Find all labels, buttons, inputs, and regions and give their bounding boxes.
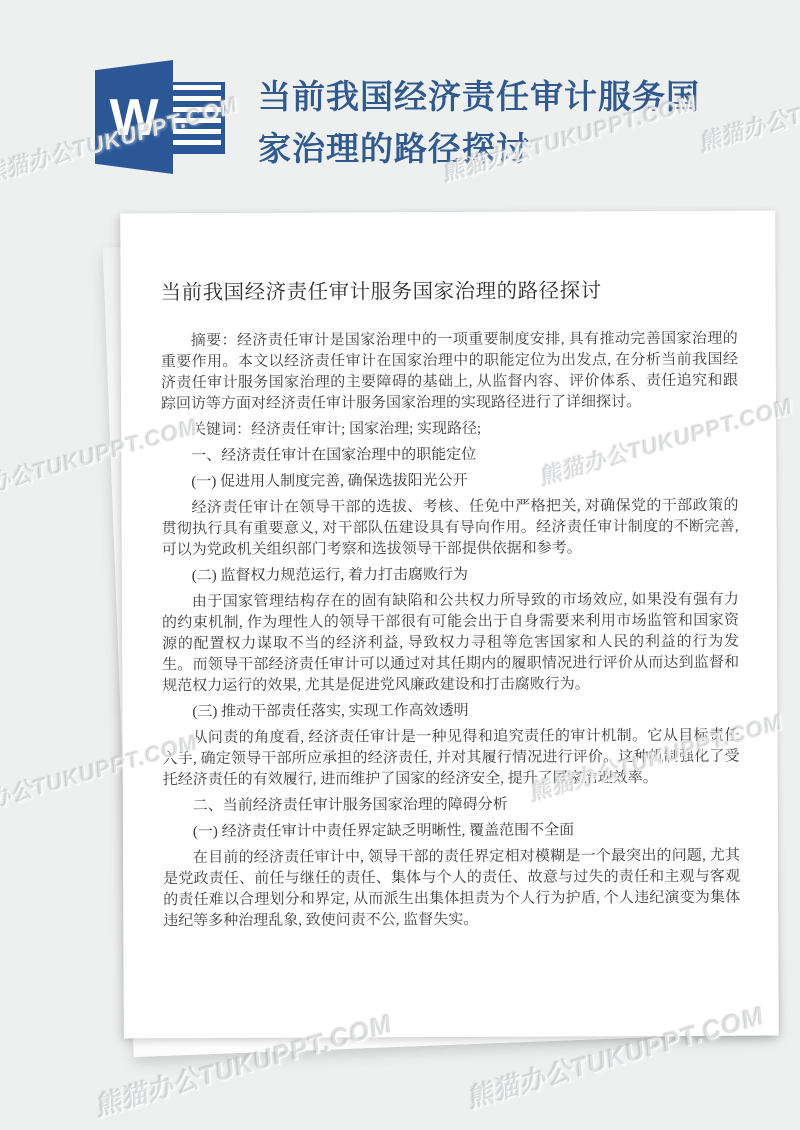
doc-heading-2-1: (一) 经济责任审计中责任界定缺乏明晰性, 覆盖范围不全面: [163, 820, 740, 844]
word-icon-letter: W: [109, 92, 158, 144]
doc-paragraph: 从问责的角度看, 经济责任审计是一种见得和追究责任的审计机制。它从目标责任入手,…: [162, 726, 739, 792]
doc-paragraph: 在目前的经济责任审计中, 领导干部的责任界定相对模糊是一个最突出的问题, 尤其是…: [163, 846, 740, 933]
document-preview-screen: { "header": { "title": "当前我国经济责任审计服务国家治理…: [0, 0, 800, 1130]
doc-paragraph: 经济责任审计在领导干部的选拔、考核、任免中严格把关, 对确保党的干部政策的贯彻执…: [161, 496, 738, 562]
document-body: 摘要：经济责任审计是国家治理中的一项重要制度安排, 具有推动完善国家治理的重要作…: [161, 329, 741, 933]
preview-header: W 当前我国经济责任审计服务国家治理的路径探讨: [0, 0, 800, 200]
doc-paragraph: 由于国家管理结构存在的固有缺陷和公共权力所导致的市场效应, 如果没有强有力的约束…: [162, 590, 739, 698]
page-title: 当前我国经济责任审计服务国家治理的路径探讨: [160, 277, 737, 308]
word-file-icon: W: [95, 58, 235, 178]
word-icon-sheet: [169, 82, 225, 154]
doc-heading-section-1: 一、经济责任审计在国家治理中的职能定位: [161, 444, 738, 468]
word-icon-cover: W: [95, 60, 173, 174]
document-header-title: 当前我国经济责任审计服务国家治理的路径探讨: [258, 72, 710, 176]
doc-heading-1-3: (三) 推动干部责任落实, 实现工作高效透明: [162, 700, 739, 724]
doc-heading-1-2: (二) 监督权力规范运行, 着力打击腐败行为: [162, 564, 739, 588]
document-page: 当前我国经济责任审计服务国家治理的路径探讨 摘要：经济责任审计是国家治理中的一项…: [120, 211, 779, 1039]
doc-paragraph-keywords: 关键词：经济责任审计; 国家治理; 实现路径;: [161, 418, 738, 442]
doc-heading-1-1: (一) 促进用人制度完善, 确保选拔阳光公开: [161, 470, 738, 494]
word-icon-sheet-lines-icon: [173, 85, 221, 151]
doc-heading-section-2: 二、当前经济责任审计服务国家治理的障碍分析: [163, 794, 740, 818]
doc-paragraph-abstract: 摘要：经济责任审计是国家治理中的一项重要制度安排, 具有推动完善国家治理的重要作…: [161, 329, 738, 416]
